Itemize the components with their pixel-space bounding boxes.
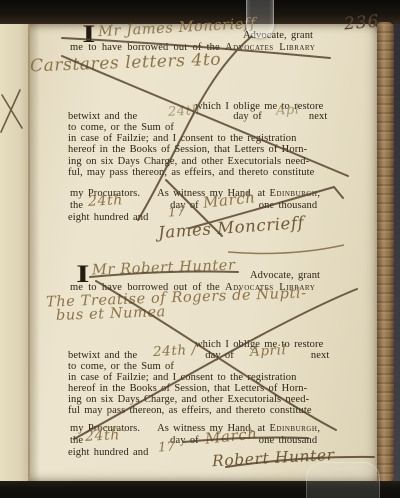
printed-failzie-line: in case of Failzie; and I consent to the…	[68, 372, 296, 383]
the-text: the	[70, 200, 83, 211]
printed-sum-line: to come, or the Sum of	[68, 122, 174, 133]
handwritten-year: 17	[168, 205, 187, 221]
place-name: Edinburgh,	[270, 423, 321, 434]
next-text: next	[309, 111, 327, 122]
page-holder-clip-top	[246, 0, 274, 38]
printed-failzie-line: in case of Failzie; and I consent to the…	[68, 133, 296, 144]
handwritten-date-day: 24th	[85, 427, 121, 445]
betwixt-text: betwixt and the	[68, 350, 137, 361]
previous-page-edge	[0, 24, 30, 482]
betwixt-text: betwixt and the	[68, 111, 137, 122]
printed-year-line: eight hundred and	[68, 447, 149, 458]
book-fore-edge	[377, 22, 394, 482]
day-of-text: day of	[233, 111, 262, 122]
printed-constitute-line: ful, may pass thereon, as effeirs, and t…	[68, 167, 314, 178]
the-text: the	[70, 435, 83, 446]
printed-year-line: eight hundred and	[68, 212, 149, 223]
printed-session-line: hereof in the Books of Session, that Let…	[68, 383, 307, 394]
handwritten-date-day: 24th	[88, 192, 124, 210]
printed-charge-line: ing on six Days Charge, and other Execut…	[68, 156, 309, 167]
next-text: next	[311, 350, 329, 361]
handwritten-year: 17	[158, 440, 177, 456]
printed-sum-line: to come, or the Sum of	[68, 361, 174, 372]
handwritten-due-month: Apl	[276, 102, 300, 118]
page-holder-clip-bottom	[306, 462, 380, 498]
one-thousand-text: one thousand	[259, 200, 317, 211]
library-name: Advocates Library	[225, 42, 315, 53]
page-number: 236	[343, 11, 380, 34]
printed-advocate-grant: Advocate, grant	[250, 270, 320, 281]
photograph: 236 I Mr James Moncrieff Advocate, grant…	[0, 0, 400, 498]
day-of-text: day of	[205, 350, 234, 361]
one-thousand-text: one thousand	[259, 435, 317, 446]
printed-charge-line: ing on six Days Charge, and other Execut…	[68, 394, 309, 405]
place-name: Edinburgh,	[270, 188, 321, 199]
printed-session-line: hereof in the Books of Session, that Let…	[68, 144, 307, 155]
handwritten-due-month: April	[250, 342, 287, 360]
handwritten-due-day: 24th	[168, 103, 201, 120]
printed-betwixt-line: betwixt and theday ofnext	[68, 350, 329, 361]
handwritten-due-day: 24th /	[153, 342, 198, 360]
printed-constitute-line: ful may pass thereon, as effeirs, and th…	[68, 405, 312, 416]
gutter-shadow	[28, 24, 40, 482]
